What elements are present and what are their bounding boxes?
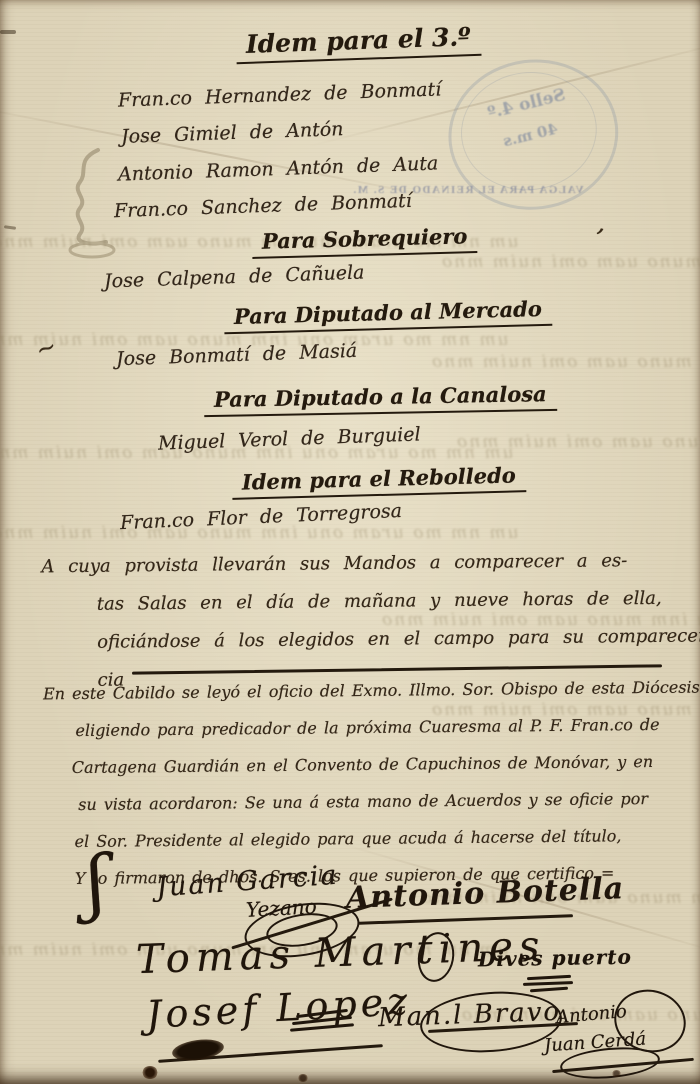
ink-blot [171,1036,225,1063]
candidate-name: Jose Calpena de Cañuela [104,261,365,292]
ink-spot [298,1074,308,1082]
section-heading: Para Diputado a la Canalosa [204,381,557,417]
edge-mark [4,225,16,230]
section-heading: Para Diputado al Mercado [224,296,553,335]
paragraph-cabildo-minute: En este Cabildo se leyó el oficio del Ex… [43,669,685,898]
ink-mark: ’ [590,223,605,254]
ink-spot [612,1070,621,1077]
signature-rubric-stroke [530,987,568,993]
paragraph-line: oficiándose á los elegidos en el campo p… [42,618,677,663]
signature-josef-lopez: Josef Lopez [145,979,412,1037]
showthrough-line: um nm mo uram onu inm muno uam omi nuim … [430,352,700,372]
candidate-name: Fran.co Hernandez de Bonmatí [118,78,442,111]
ink-spot [142,1066,158,1079]
candidate-name: Jose Gimiel de Antón [121,118,344,148]
signature-rubric-loop [418,987,564,1057]
section-heading: Idem para el 3.º [235,22,481,65]
signature-dives-puerto: Dives puerto [478,945,632,972]
margin-rubric-mark [58,146,118,266]
showthrough-line: um nm mo uram onu inm muno uam omi nuim … [455,432,700,452]
section-heading: Para Sobrequiero [252,223,478,259]
manuscript-page: um nm mo uram onu inm muno uam omi nuim … [0,0,700,1084]
paragraph-line: tas Salas en el día de mañana y nueve ho… [42,580,677,625]
edge-mark [0,30,16,34]
candidate-name: Antonio Ramon Antón de Auta [118,152,439,185]
signature-rubric-stroke [527,975,571,980]
section-heading: Idem para el Rebolledo [232,462,527,500]
showthrough-line: um nm mo uram onu inm muno uam omi nuim … [440,252,700,272]
candidate-name: Fran.co Sanchez de Bonmatí [114,190,412,222]
paragraph-line: A cuya provista llevarán sus Mandos a co… [41,542,676,587]
signature-rubric-stroke [523,981,573,986]
